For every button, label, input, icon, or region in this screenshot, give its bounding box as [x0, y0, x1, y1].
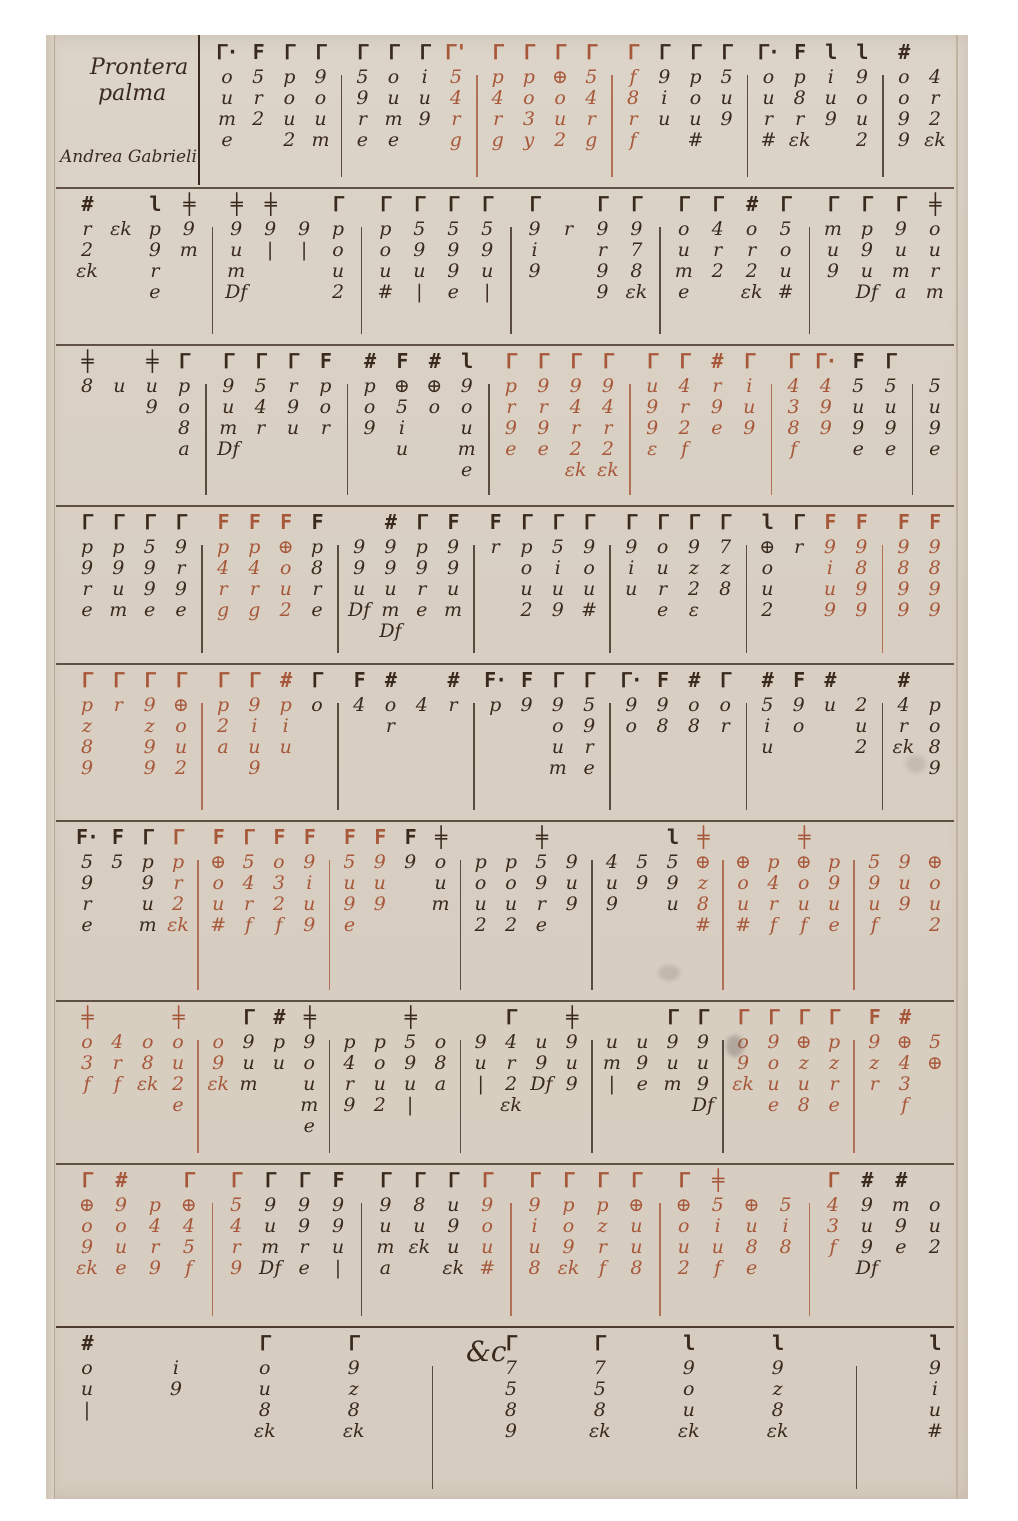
bar-line: [659, 1203, 661, 1316]
rhythm-sign: ᒥ: [679, 350, 689, 376]
tab-letter: a: [895, 282, 906, 303]
rhythm-sign: ᒥ·: [815, 350, 836, 376]
rhythm-sign: ᒥ: [82, 669, 92, 695]
tab-letter: r: [288, 376, 297, 397]
tab-letter: u: [280, 737, 292, 758]
tab-letter: o: [746, 219, 757, 240]
tab-letter: 4: [827, 1195, 839, 1216]
tab-letter: a: [178, 439, 189, 460]
rhythm-sign: ᒥ: [738, 1006, 748, 1032]
tab-letter: 9: [81, 873, 93, 894]
tab-letter: r: [930, 88, 939, 109]
tab-letter: u: [743, 397, 755, 418]
tab-letter: r: [386, 716, 395, 737]
tablature-chord: ᒥ9z2ɛ: [683, 511, 705, 659]
tab-letter: f: [275, 915, 282, 936]
tab-letter: 9: [697, 1032, 709, 1053]
tablature-chord: ᒥpo8a: [173, 350, 195, 501]
tab-letter: p: [81, 695, 93, 716]
tab-letter: o: [690, 88, 701, 109]
tab-letter: m: [180, 240, 198, 261]
tab-letter: ⊕: [552, 67, 568, 88]
tab-letter: 9: [298, 1216, 310, 1237]
tab-letter: r: [794, 537, 803, 558]
rhythm-sign: ᒥ·: [216, 41, 237, 67]
tab-letter: e: [298, 1258, 309, 1279]
tablature-chord: ᒥp9um: [137, 826, 159, 996]
tab-letter: i: [532, 240, 538, 261]
tab-letter: 8: [929, 558, 941, 579]
tab-letter: p: [379, 219, 391, 240]
tablature-chord: ᒥ9oue: [762, 1006, 784, 1159]
tab-letter: e: [678, 282, 689, 303]
rhythm-sign: ╪: [304, 1006, 315, 1032]
tab-letter: r: [150, 1237, 159, 1258]
tablature-chord: #4rɛk: [892, 669, 914, 816]
tab-letter: 5: [761, 695, 773, 716]
tab-letter: 9: [222, 376, 234, 397]
tablature-chord: #m9e: [890, 1169, 912, 1322]
tab-letter: 5: [667, 852, 679, 873]
bar-line: [488, 384, 490, 495]
tab-letter: r: [930, 261, 939, 282]
tab-letter: u: [630, 1237, 642, 1258]
rhythm-sign: #: [824, 669, 835, 695]
tablature-chord: 99uDf: [348, 511, 370, 659]
rhythm-sign: ᒥ: [631, 193, 641, 219]
tablature-chord: ᒥf8rf: [622, 41, 644, 183]
tab-letter: p: [794, 67, 806, 88]
tab-letter: r: [244, 894, 253, 915]
tablature-chord: o9ɛk: [207, 1006, 229, 1159]
rhythm-sign: #: [895, 1169, 906, 1195]
tab-letter: o: [929, 1195, 940, 1216]
tab-letter: ɛk: [167, 915, 189, 936]
tab-letter: p: [475, 852, 487, 873]
tab-letter: 9: [243, 1032, 255, 1053]
tablature-chord: F9iu9: [298, 826, 320, 996]
tab-letter: e: [929, 439, 940, 460]
tab-letter: Df: [692, 1095, 714, 1116]
tab-letter: ɛk: [589, 1421, 611, 1442]
tab-letter: i: [555, 558, 561, 579]
tab-letter: e: [885, 439, 896, 460]
tablature-columns: ᒥ⊕o9ɛk#9ouep4r9ᒥ⊕45fᒥ54r9ᒥ9umDfᒥ99reF99u…: [56, 1169, 954, 1322]
tab-letter: o: [898, 88, 909, 109]
tablature-chord: Fpor: [314, 350, 336, 501]
tab-letter: 9: [688, 537, 700, 558]
tab-letter: r: [254, 88, 263, 109]
tablature-chord: 59uf: [863, 826, 885, 996]
tablature-chord: ╪u9: [141, 350, 163, 501]
rhythm-sign: #: [81, 1332, 92, 1358]
tab-letter: o: [552, 716, 563, 737]
tab-letter: e: [304, 1116, 315, 1137]
tab-letter: 8: [697, 894, 709, 915]
tab-letter: u: [142, 894, 154, 915]
tablature-chord: ╪8: [76, 350, 98, 501]
rhythm-sign: F: [405, 826, 416, 852]
tab-letter: f: [185, 1258, 192, 1279]
rhythm-sign: ᒥ: [231, 1169, 241, 1195]
tablature-chord: 9u9: [561, 826, 583, 996]
tablature-chord: ᒥor: [714, 669, 736, 816]
tab-letter: r: [114, 695, 123, 716]
tab-letter: 9: [287, 397, 299, 418]
tab-letter: 9: [183, 219, 195, 240]
rhythm-sign: ᒥ: [243, 826, 253, 852]
bar-line: [361, 1203, 363, 1316]
tab-letter: o: [626, 716, 637, 737]
tab-letter: 5: [111, 852, 123, 873]
tab-letter: r: [345, 1074, 354, 1095]
tab-letter: o: [583, 558, 594, 579]
tablature-system: F·59reF5ᒥp9umᒥpr2ɛkF⊕ou#ᒥ54rfFo32fF9iu9F…: [56, 820, 954, 1000]
tab-letter: Df: [348, 600, 370, 621]
rhythm-sign: l: [856, 41, 867, 67]
tab-letter: 9: [868, 1032, 880, 1053]
tab-letter: 9: [697, 1074, 709, 1095]
tab-letter: 9: [852, 418, 864, 439]
tab-letter: o: [657, 537, 668, 558]
tab-letter: e: [768, 1095, 779, 1116]
tab-letter: u: [248, 737, 260, 758]
rhythm-sign: #: [898, 669, 909, 695]
tab-letter: 9: [899, 852, 911, 873]
tablature-chord: #r9e: [706, 350, 728, 501]
tab-letter: m: [926, 282, 944, 303]
tab-letter: u: [861, 261, 873, 282]
tablature-chord: ᒥ9um: [662, 1006, 684, 1159]
tab-letter: o: [429, 397, 440, 418]
tab-letter: u: [172, 1053, 184, 1074]
tab-letter: ɛk: [343, 1421, 365, 1442]
tab-letter: p: [505, 376, 517, 397]
tablature-chord: ᒥr9u: [282, 350, 304, 501]
tab-letter: 9: [144, 579, 156, 600]
tablature-chord: ᒥoume: [673, 193, 695, 340]
tab-letter: z: [829, 1053, 839, 1074]
tab-letter: f: [901, 1095, 908, 1116]
tab-letter: 9: [895, 1216, 907, 1237]
tab-letter: f: [599, 1258, 606, 1279]
tab-letter: |: [484, 282, 490, 303]
tablature-chord: ᒥ7z8: [714, 511, 736, 659]
rhythm-sign: F: [320, 350, 331, 376]
tab-letter: ⊕: [173, 695, 189, 716]
tab-letter: i: [283, 716, 289, 737]
rhythm-sign: ᒥ: [284, 41, 294, 67]
rhythm-sign: ᒥ: [506, 1332, 516, 1358]
tab-letter: 9: [81, 758, 93, 779]
tab-letter: e: [829, 1095, 840, 1116]
tab-letter: 2: [217, 716, 229, 737]
tab-letter: e: [388, 130, 399, 151]
tab-letter: 9: [332, 1216, 344, 1237]
tab-letter: o: [554, 88, 565, 109]
rhythm-sign: F: [344, 826, 355, 852]
tab-letter: u: [712, 1237, 724, 1258]
tablature-chord: ᒥ59re: [351, 41, 373, 183]
tab-letter: u: [332, 1237, 344, 1258]
tab-letter: p: [492, 67, 504, 88]
tab-letter: 9: [683, 1358, 695, 1379]
tablature-chord: F9o: [788, 669, 810, 816]
tab-letter: i: [251, 716, 257, 737]
tab-letter: a: [217, 737, 228, 758]
tab-letter: p: [828, 852, 840, 873]
tablature-columns: F·59reF5ᒥp9umᒥpr2ɛkF⊕ou#ᒥ54rfFo32fF9iu9F…: [56, 826, 954, 996]
rhythm-sign: #: [861, 1169, 872, 1195]
rhythm-sign: ᒥ: [82, 1169, 92, 1195]
tab-letter: 9: [583, 537, 595, 558]
tab-letter: o: [175, 716, 186, 737]
tab-letter: u: [447, 1237, 459, 1258]
tab-letter: 5: [885, 376, 897, 397]
tablature-chord: F⊕5iu: [391, 350, 413, 501]
tab-letter: 9: [298, 219, 310, 240]
tab-letter: 5: [396, 397, 408, 418]
rhythm-sign: ᒥ: [631, 1169, 641, 1195]
rhythm-sign: ╪: [81, 1006, 92, 1032]
tab-letter: o: [273, 852, 284, 873]
rhythm-sign: ᒥ: [288, 350, 298, 376]
tab-letter: 9: [314, 67, 326, 88]
tablature-chord: F5u9e: [338, 826, 360, 996]
tab-letter: p: [689, 67, 701, 88]
tab-letter: i: [932, 1379, 938, 1400]
tablature-chord: ᒥpo9ɛk: [558, 1169, 580, 1322]
tab-letter: 2: [172, 894, 184, 915]
bar-line: [361, 227, 363, 334]
tab-letter: 9: [447, 537, 459, 558]
tab-letter: 4: [416, 695, 428, 716]
tab-letter: p: [273, 1032, 285, 1053]
tab-letter: 4: [230, 1216, 242, 1237]
rhythm-sign: ᒥ: [553, 511, 563, 537]
tab-letter: u: [689, 109, 701, 130]
tab-letter: r: [300, 1237, 309, 1258]
tablature-chord: ᒥ9r99: [591, 193, 613, 340]
tab-letter: p: [149, 219, 161, 240]
tab-letter: u: [413, 1216, 425, 1237]
tablature-chord: ᒥ9uma: [374, 1169, 396, 1322]
tab-letter: m: [376, 1237, 394, 1258]
tab-letter: r: [219, 579, 228, 600]
tab-letter: r: [571, 418, 580, 439]
tablature-chord: F98: [652, 669, 674, 816]
tablature-chord: l⊕ou2: [756, 511, 778, 659]
tab-letter: z: [799, 1053, 809, 1074]
tab-letter: 9: [827, 261, 839, 282]
tablature-chord: ╪ou2e: [167, 1006, 189, 1159]
tab-letter: 8: [787, 418, 799, 439]
rhythm-sign: l: [683, 1332, 694, 1358]
tablature-chord: Fp8rɛk: [789, 41, 811, 183]
tab-letter: r: [250, 579, 259, 600]
tab-letter: r: [449, 695, 458, 716]
rhythm-sign: ᒥ: [698, 1006, 708, 1032]
rhythm-sign: ᒥ: [380, 1169, 390, 1195]
tablature-chord: ᒥ'54rg: [445, 41, 467, 183]
tab-letter: 5: [594, 1379, 606, 1400]
tab-letter: u: [475, 1053, 487, 1074]
rhythm-sign: ᒥ: [448, 193, 458, 219]
tab-letter: p: [562, 1195, 574, 1216]
tab-letter: ɛk: [207, 1074, 229, 1095]
tab-letter: p: [489, 695, 501, 716]
tab-letter: u: [895, 240, 907, 261]
tablature-chord: ᒥ·our#: [757, 41, 779, 183]
tab-letter: e: [536, 915, 547, 936]
tab-letter: 9: [583, 716, 595, 737]
rhythm-sign: #: [385, 669, 396, 695]
tab-letter: 9: [636, 873, 648, 894]
tablature-chord: ᒥoure: [652, 511, 674, 659]
rhythm-sign: ᒥ: [493, 41, 503, 67]
tablature-chord: po89: [924, 669, 946, 816]
tab-letter: 3: [899, 1074, 911, 1095]
tab-letter: 9: [332, 1195, 344, 1216]
rhythm-sign: F: [898, 511, 909, 537]
tablature-chord: ᒥ⊕o9ɛk: [76, 1169, 98, 1322]
tab-letter: u: [767, 1074, 779, 1095]
rhythm-sign: ᒥ: [176, 511, 186, 537]
tab-letter: 2: [929, 109, 941, 130]
tab-letter: 9: [552, 695, 564, 716]
tab-letter: 9: [303, 915, 315, 936]
tablature-chord: ᒥou8ɛk: [254, 1332, 276, 1495]
tab-letter: p: [523, 67, 535, 88]
tab-letter: u: [929, 894, 941, 915]
rhythm-sign: F: [824, 511, 835, 537]
tab-letter: o: [374, 1053, 385, 1074]
tablature-chord: ᒥ·499: [815, 350, 837, 501]
tab-letter: f: [114, 1074, 121, 1095]
tab-letter: g: [217, 600, 229, 621]
tab-letter: m: [458, 439, 476, 460]
bar-line: [747, 75, 749, 177]
tab-letter: u: [929, 240, 941, 261]
tab-letter: r: [764, 109, 773, 130]
tab-letter: 9: [855, 537, 867, 558]
tab-letter: u: [566, 1053, 578, 1074]
tab-letter: p: [142, 852, 154, 873]
rhythm-sign: ╪: [173, 1006, 184, 1032]
tab-letter: u: [374, 873, 386, 894]
tab-letter: 9: [646, 397, 658, 418]
tab-letter: 4: [585, 88, 597, 109]
tab-letter: 5: [81, 852, 93, 873]
tablature-chord: ᒥr: [788, 511, 810, 659]
tablature-chord: ɛk: [110, 193, 132, 340]
tab-letter: ɛk: [137, 1074, 159, 1095]
bar-line: [809, 227, 811, 334]
tab-letter: 2: [855, 695, 867, 716]
tab-letter: u: [899, 873, 911, 894]
tab-letter: ⊕: [744, 1195, 760, 1216]
bar-line: [629, 384, 631, 495]
tablature-chord: ᒥp4rg: [487, 41, 509, 183]
tab-letter: 9: [264, 1195, 276, 1216]
tab-letter: u: [447, 1195, 459, 1216]
tablature-chord: #⊕o: [423, 350, 445, 501]
tab-letter: 2: [761, 600, 773, 621]
tab-letter: u: [554, 109, 566, 130]
tab-letter: 9: [364, 418, 376, 439]
tab-letter: r: [312, 579, 321, 600]
rhythm-sign: ╪: [405, 1006, 416, 1032]
tab-letter: e: [221, 130, 232, 151]
tablature-columns: ╪o3f4rfo8ɛk╪ou2eo9ɛkᒥ9um#pu╪9oumep4r9pou…: [56, 1006, 954, 1159]
tablature-chord: 4u9: [601, 826, 623, 996]
rhythm-sign: ᒥ: [571, 350, 581, 376]
tablature-chord: ᒥ9oum: [310, 41, 332, 183]
rhythm-sign: ᒥ: [597, 1169, 607, 1195]
tablature-chord: ᒥ5u9: [716, 41, 738, 183]
tab-letter: o: [388, 67, 399, 88]
tab-letter: 4: [248, 558, 260, 579]
rhythm-sign: F: [304, 826, 315, 852]
tab-letter: 9: [625, 695, 637, 716]
tab-letter: u: [779, 261, 791, 282]
bar-line: [201, 703, 203, 810]
tab-letter: 5: [144, 537, 156, 558]
tab-letter: r: [321, 418, 330, 439]
rhythm-sign: ᒥ: [380, 193, 390, 219]
tab-letter: u: [678, 1237, 690, 1258]
tab-letter: 2: [520, 600, 532, 621]
tab-letter: f: [790, 439, 797, 460]
tab-letter: o: [284, 88, 295, 109]
rhythm-sign: ᒥ: [628, 41, 638, 67]
rhythm-sign: ╪: [265, 193, 276, 219]
tab-letter: u: [824, 579, 836, 600]
tab-letter: 9: [868, 873, 880, 894]
tablature-chord: ᒥ⊕45f: [178, 1169, 200, 1322]
rhythm-sign: #: [81, 193, 92, 219]
tab-letter: r: [747, 240, 756, 261]
tab-letter: e: [505, 439, 516, 460]
tab-letter: p: [280, 695, 292, 716]
tablature-chord: ᒥp9um: [107, 511, 129, 659]
tab-letter: e: [357, 130, 368, 151]
tablature-chord: p9ue: [823, 826, 845, 996]
tab-letter: 2: [746, 261, 758, 282]
tab-letter: u: [827, 240, 839, 261]
tablature-columns: ᒥ·oumeF5r2ᒥpou2ᒥ9oumᒥ59reᒥoumeᒥiu9ᒥ'54rg…: [208, 41, 954, 183]
tab-letter: 5: [404, 1032, 416, 1053]
rhythm-sign: #: [688, 669, 699, 695]
tab-letter: #: [778, 282, 794, 303]
bar-line: [329, 860, 331, 990]
tab-letter: p: [520, 537, 532, 558]
rhythm-sign: ᒥ: [555, 41, 565, 67]
tab-letter: 2: [929, 1237, 941, 1258]
tab-letter: u: [929, 1400, 941, 1421]
bar-line: [659, 227, 661, 334]
tab-letter: o: [856, 88, 867, 109]
tab-letter: 9: [343, 894, 355, 915]
tab-letter: 9: [929, 600, 941, 621]
tablature-chord: ᒥmu9: [822, 193, 844, 340]
tab-letter: 7: [719, 537, 731, 558]
tab-letter: o: [115, 1216, 126, 1237]
tab-letter: 9: [481, 240, 493, 261]
bar-line: [882, 703, 884, 810]
rhythm-sign: l: [149, 193, 160, 219]
tab-letter: u: [868, 894, 880, 915]
